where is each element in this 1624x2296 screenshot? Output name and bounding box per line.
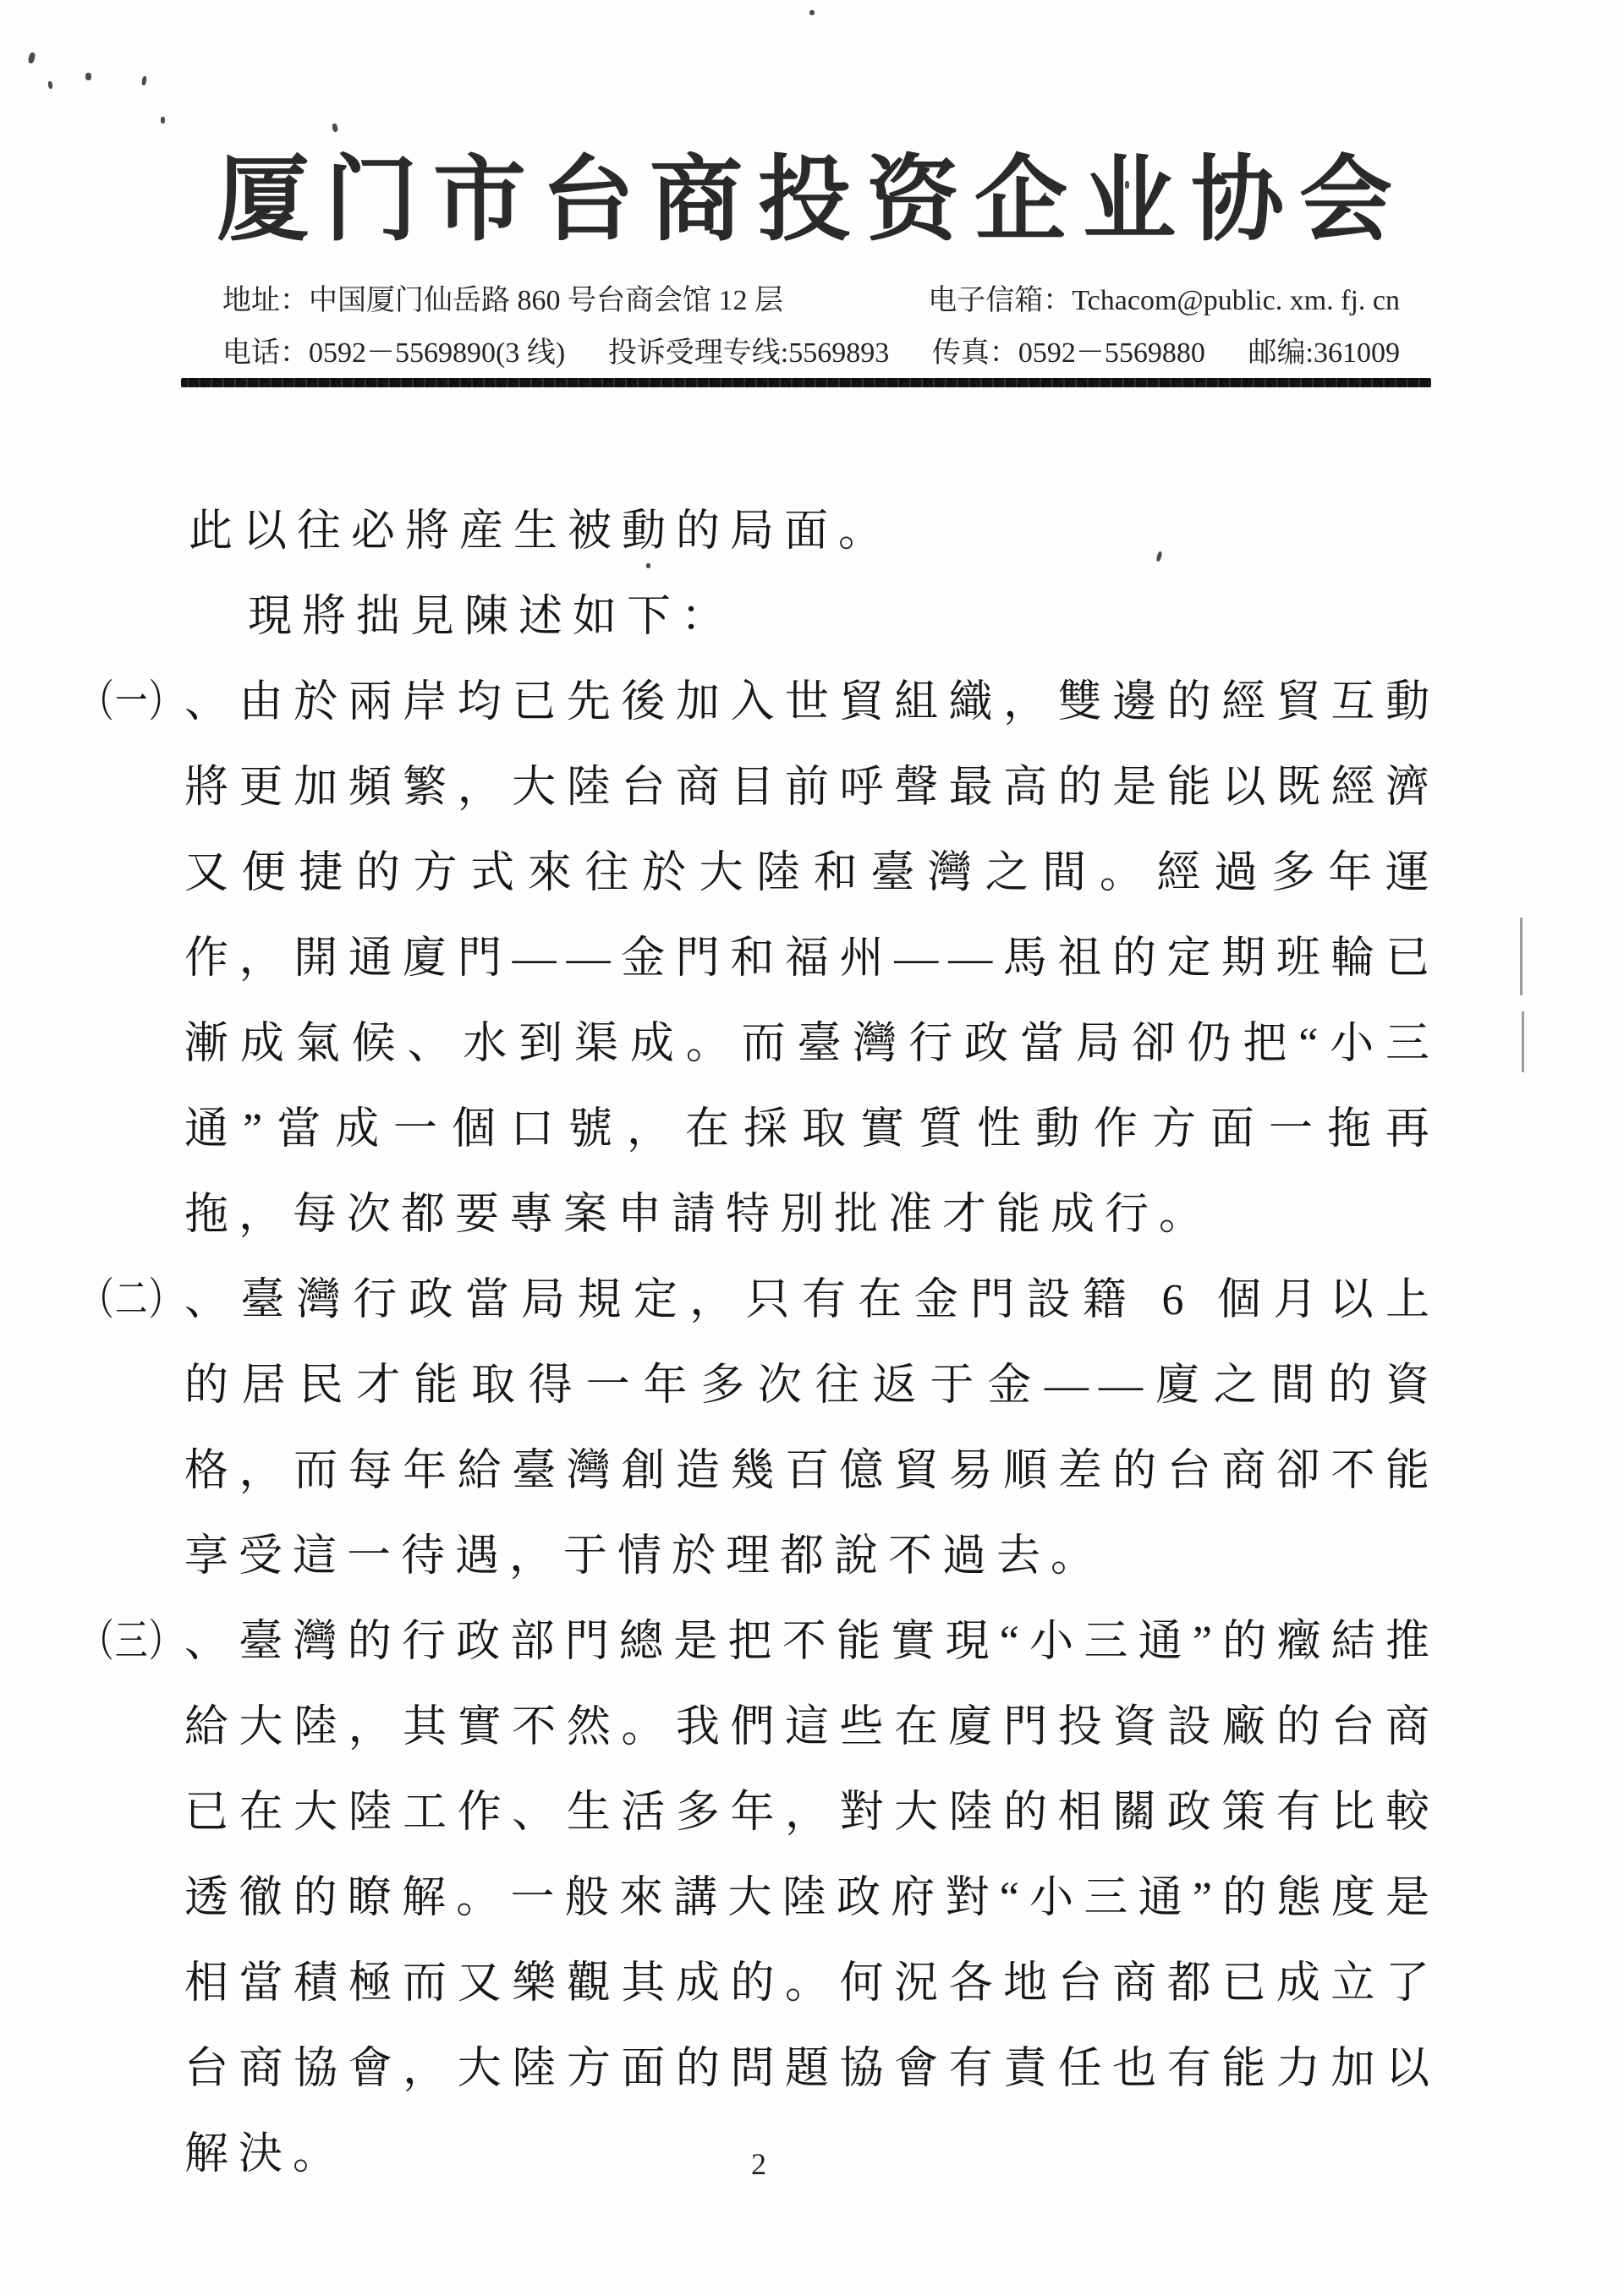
list-item-1: （一） 、由於兩岸均已先後加入世貿組織，雙邊的經貿互動將更加頻繁，大陸台商目前呼… — [101, 660, 1440, 1258]
page-number: 2 — [751, 2146, 766, 2182]
list-item-3-marker: （三） — [81, 1599, 183, 1685]
opening-paragraph: 此以往必將産生被動的局面。 — [189, 489, 1440, 574]
scan-line-artifact — [1520, 918, 1522, 995]
address-text: 地址：中国厦门仙岳路 860 号台商会馆 12 层 — [222, 277, 783, 318]
intro-paragraph: 現將拙見陳述如下： — [248, 574, 1440, 660]
scan-line-artifact — [1522, 1011, 1524, 1072]
scan-speck — [1125, 181, 1129, 189]
scan-speck — [161, 117, 165, 123]
organization-title: 厦门市台商投资企业协会 — [0, 125, 1624, 259]
scan-speck — [85, 73, 91, 80]
complaint-hotline-text: 投诉受理专线:5569893 — [608, 329, 889, 370]
scan-speck — [28, 52, 36, 63]
list-item-2: （二） 、臺灣行政當局規定，只有在金門設籍 6 個月以上的居民才能取得一年多次往… — [101, 1258, 1440, 1599]
scan-speck — [47, 81, 52, 90]
list-item-3: （三） 、臺灣的行政部門總是把不能實現“小三通”的癥結推給大陸，其實不然。我們這… — [101, 1599, 1440, 2197]
scan-speck — [141, 76, 147, 86]
list-item-2-text: 、臺灣行政當局規定，只有在金門設籍 6 個月以上的居民才能取得一年多次往返于金—… — [184, 1276, 1440, 1581]
scan-speck — [809, 10, 815, 15]
letter-body: 此以往必將産生被動的局面。 現將拙見陳述如下： （一） 、由於兩岸均已先後加入世… — [101, 489, 1440, 2197]
contact-line-address: 地址：中国厦门仙岳路 860 号台商会馆 12 层 电子信箱：Tchacom@p… — [222, 277, 1400, 318]
fax-text: 传真：0592－5569880 — [932, 329, 1205, 370]
contact-line-phone: 电话：0592－5569890(3 线) 投诉受理专线:5569893 传真：0… — [222, 329, 1400, 370]
postal-code-text: 邮编:361009 — [1248, 329, 1400, 370]
list-item-3-text: 、臺灣的行政部門總是把不能實現“小三通”的癥結推給大陸，其實不然。我們這些在廈門… — [184, 1618, 1440, 2178]
scan-speck — [646, 563, 650, 568]
phone-text: 电话：0592－5569890(3 线) — [222, 329, 565, 370]
list-item-1-text: 、由於兩岸均已先後加入世貿組織，雙邊的經貿互動將更加頻繁，大陸台商目前呼聲最高的… — [184, 678, 1440, 1239]
letterhead-divider-rule — [181, 378, 1431, 387]
email-text: 电子信箱：Tchacom@public. xm. fj. cn — [928, 277, 1400, 318]
list-item-2-marker: （二） — [81, 1258, 183, 1343]
list-item-1-marker: （一） — [81, 660, 183, 745]
scanned-letter-page: 厦门市台商投资企业协会 地址：中国厦门仙岳路 860 号台商会馆 12 层 电子… — [0, 0, 1624, 2296]
